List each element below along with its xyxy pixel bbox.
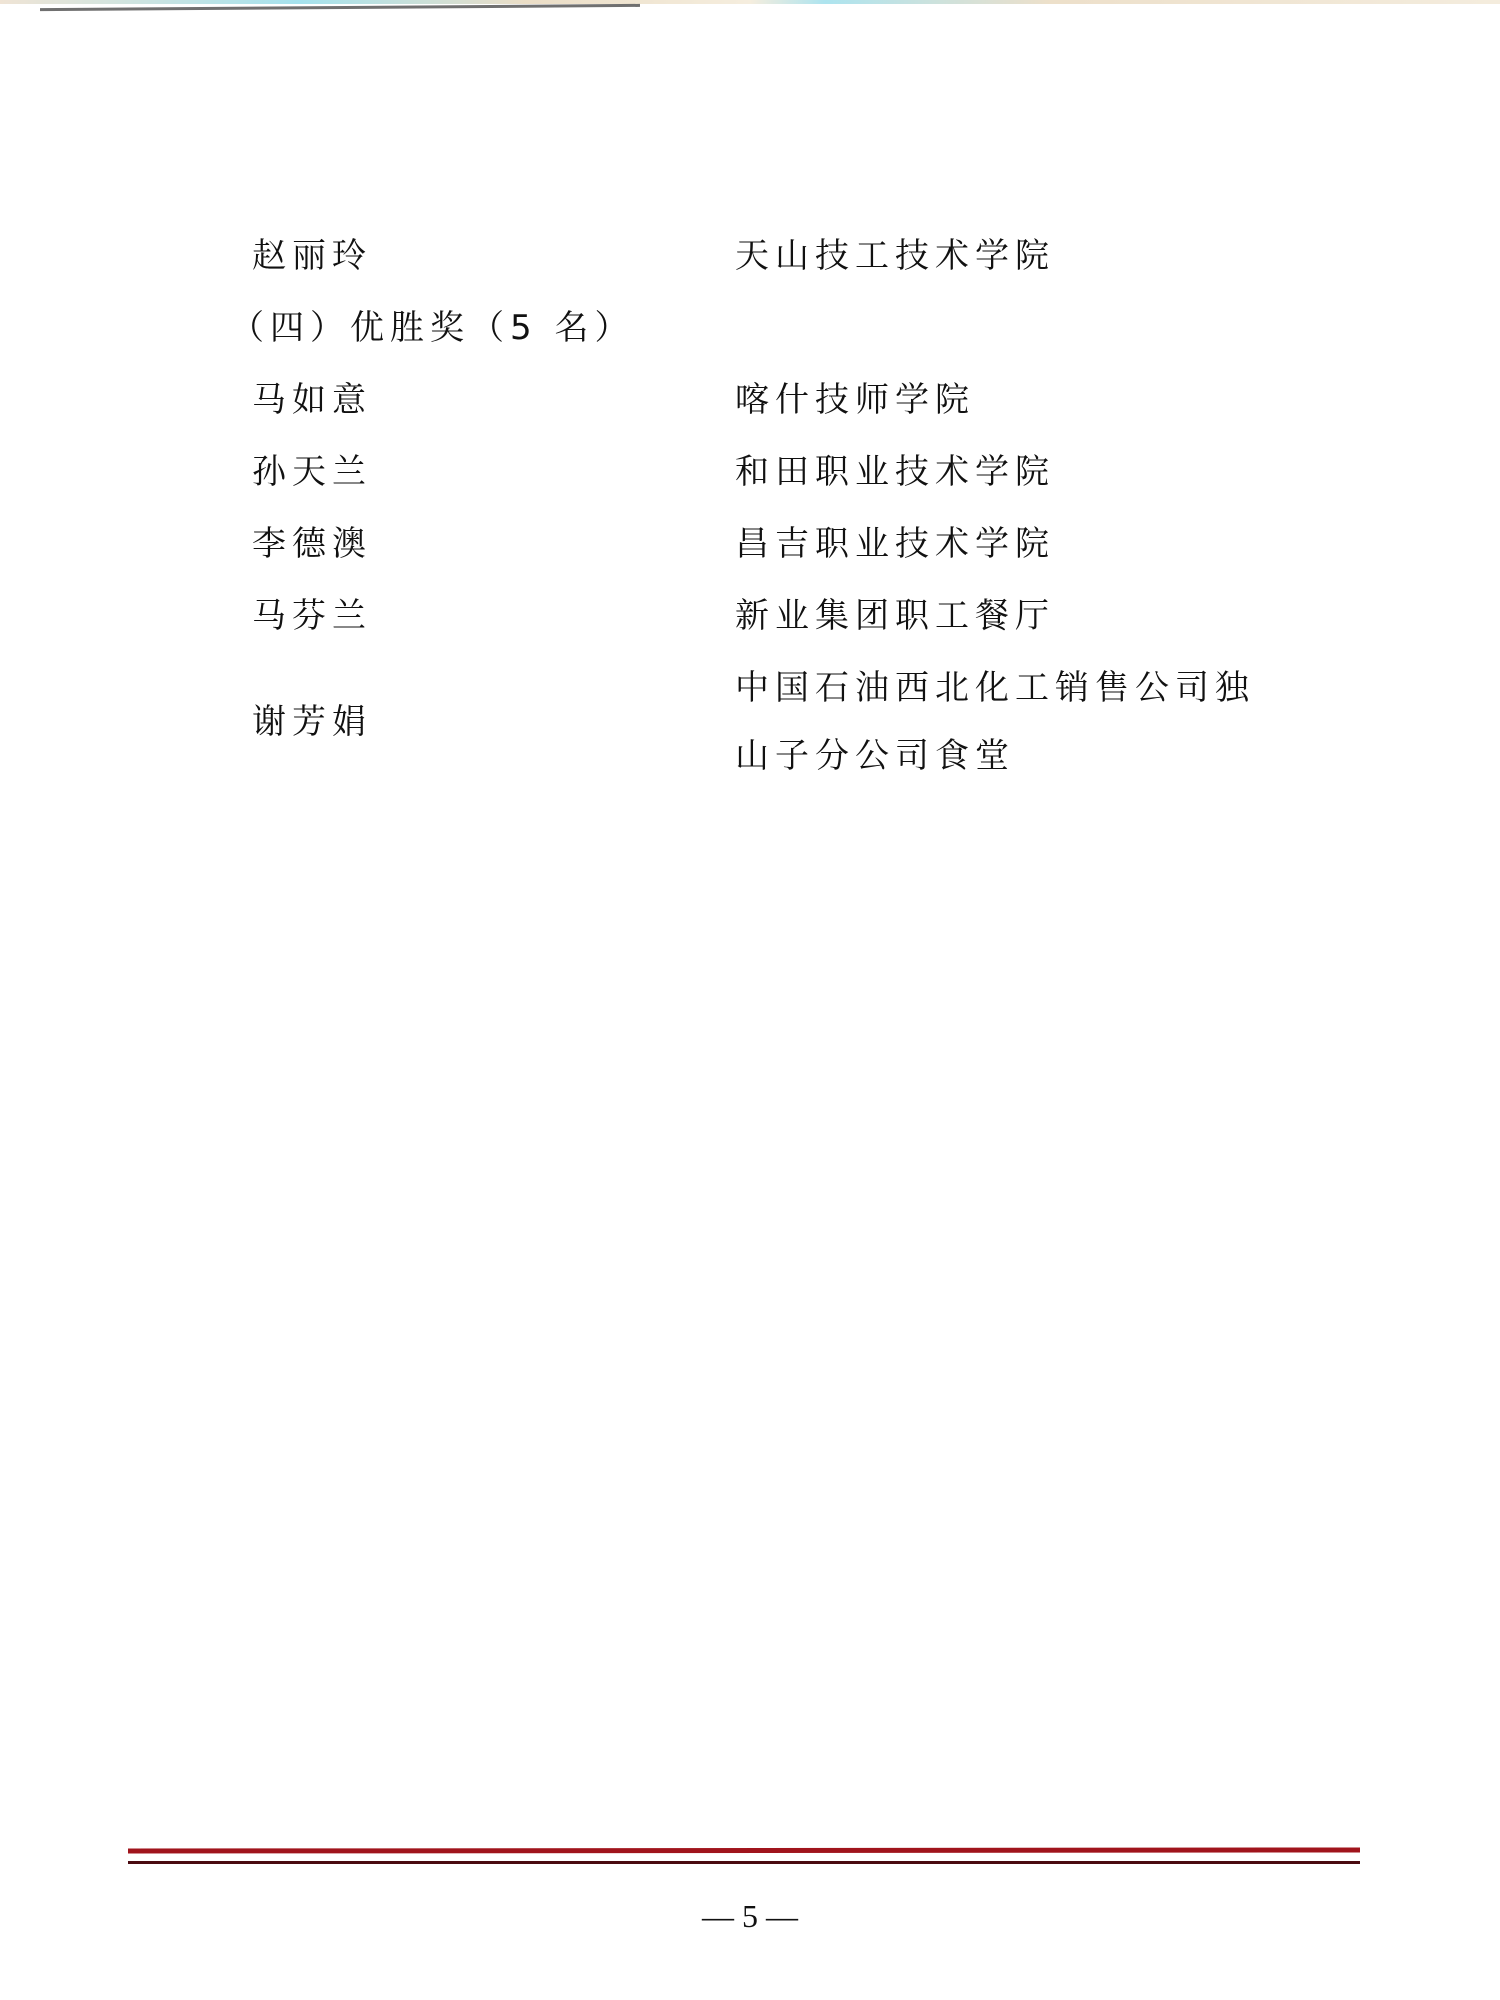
awardee-org-line1: 中国石油西北化工销售公司独 <box>735 668 1255 708</box>
section-heading: （四）优胜奖（5 名） <box>230 308 634 348</box>
awardee-name: 谢芳娟 <box>252 702 372 742</box>
awardee-name: 李德澳 <box>252 524 372 564</box>
awardee-org: 和田职业技术学院 <box>735 452 1055 492</box>
awardee-name: 马芬兰 <box>252 596 372 636</box>
awardee-org: 喀什技师学院 <box>735 380 975 420</box>
awardee-org: 新业集团职工餐厅 <box>735 596 1055 636</box>
footer-rule-thin <box>128 1861 1360 1864</box>
page-number: — 5 — <box>0 1898 1500 1935</box>
awardee-org: 昌吉职业技术学院 <box>735 524 1055 564</box>
scan-edge-artifact <box>0 0 1500 4</box>
scan-edge-mark <box>40 4 640 11</box>
awardee-org: 天山技工技术学院 <box>735 236 1055 276</box>
awardee-name: 孙天兰 <box>252 452 372 492</box>
awardee-org-line2: 山子分公司食堂 <box>735 736 1015 776</box>
footer-rule-thick <box>128 1847 1360 1853</box>
awardee-name: 赵丽玲 <box>252 236 372 276</box>
awardee-name: 马如意 <box>252 380 372 420</box>
